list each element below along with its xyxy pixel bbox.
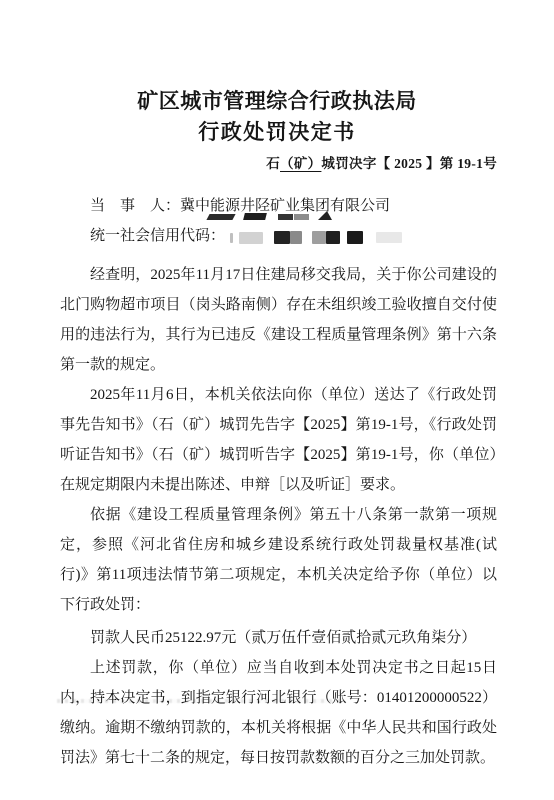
- scan-bleed-artifact: [57, 699, 345, 703]
- document-body: 当 事 人：冀中能源井陉矿业集团有限公司 统一社会信用代码： 经查明，2025年…: [60, 191, 497, 773]
- redacted-smudge-mark: [278, 214, 293, 220]
- redaction-block: [290, 231, 302, 244]
- redaction-block: [230, 233, 233, 243]
- redacted-smudge-mark: [206, 214, 235, 220]
- doc-number-prefix: 石: [266, 156, 280, 171]
- party-name: 冀中能源井陉矿业集团有限公司: [180, 198, 390, 214]
- document-number: 石（矿）城罚决字【 2025 】第 19-1号: [0, 155, 497, 173]
- credit-code-label: 统一社会信用代码：: [90, 228, 225, 244]
- credit-code-redaction: [225, 222, 402, 252]
- party-label: 当 事 人：: [90, 198, 180, 214]
- redacted-smudge-mark: [294, 214, 309, 220]
- penalty-decision-document: 矿区城市管理综合行政执法局 行政处罚决定书 石（矿）城罚决字【 2025 】第 …: [0, 0, 554, 800]
- issuing-agency-title: 矿区城市管理综合行政执法局: [0, 88, 554, 115]
- redaction-block: [312, 231, 326, 244]
- document-title: 行政处罚决定书: [0, 119, 554, 146]
- prior-notice-paragraph: 2025年11月6日，本机关依法向你（单位）送达了《行政处罚事先告知书》（石（矿…: [60, 380, 497, 500]
- redaction-block: [274, 231, 290, 244]
- redaction-block: [326, 231, 340, 244]
- redacted-smudge-mark: [243, 213, 267, 220]
- credit-code-line: 统一社会信用代码：: [60, 221, 497, 252]
- fine-amount-line: 罚款人民币25122.97元（贰万伍仟壹佰贰拾贰元玖角柒分）: [60, 623, 497, 653]
- redaction-block: [239, 232, 263, 244]
- redacted-smudge-mark: [318, 211, 332, 220]
- legal-basis-paragraph: 依据《建设工程质量管理条例》第五十八条第一款第一项规定，参照《河北省住房和城乡建…: [60, 500, 497, 620]
- party-line: 当 事 人：冀中能源井陉矿业集团有限公司: [60, 191, 497, 221]
- doc-number-suffix: 城罚决字【 2025 】第 19-1号: [321, 156, 497, 171]
- findings-paragraph: 经查明，2025年11月17日住建局移交我局，关于你公司建设的北门购物超市项目（…: [60, 260, 497, 380]
- doc-number-filled-blank: （矿）: [280, 156, 321, 171]
- payment-instruction-paragraph: 上述罚款，你（单位）应当自收到本处罚决定书之日起15日内，持本决定书，到指定银行…: [60, 653, 497, 773]
- redaction-block: [347, 231, 363, 244]
- redaction-block: [376, 232, 402, 243]
